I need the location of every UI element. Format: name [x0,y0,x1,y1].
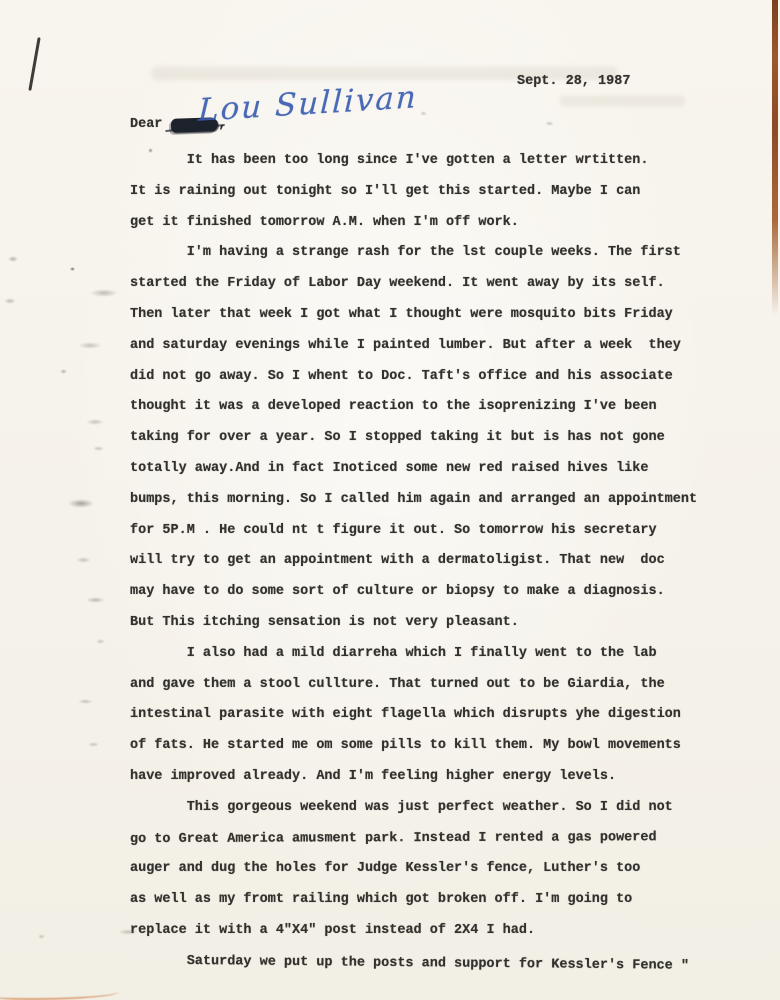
letter-line: get it finished tomorrow A.M. when I'm o… [130,208,740,239]
letter-line: It is raining out tonight so I'll get th… [130,177,740,208]
smudge-mark [78,699,93,704]
letter-page: Sept. 28, 1987 Dear , Lou Sullivan It ha… [0,0,780,1000]
letter-line: go to Great America amusment park. Inste… [130,822,740,855]
smudge-mark [4,298,16,304]
letter-line: replace it with a 4"X4" post instead of … [130,916,740,947]
letter-body: It has been too long since I've gotten a… [130,146,740,978]
letter-line: taking for over a year. So I stopped tak… [130,423,740,454]
smudge-mark [86,419,104,425]
smudge-mark [420,111,427,116]
letter-line: for 5P.M . He could nt t figure it out. … [130,516,740,547]
letter-line: I'm having a strange rash for the lst co… [130,238,740,269]
letter-line: It has been too long since I've gotten a… [130,146,740,177]
smudge-mark [86,597,105,603]
letter-line: intestinal parasite with eight flagella … [130,700,740,731]
scan-corner-arc [0,988,119,1000]
letter-line: bumps, this morning. So I called him aga… [130,485,740,516]
handwritten-name: Lou Sullivan [197,79,418,129]
smudge-mark [60,369,67,374]
letter-line: did not go away. So I whent to Doc. Taft… [130,362,740,393]
smudge-mark [78,342,102,349]
smudge-mark [93,446,104,451]
letter-line: have improved already. And I'm feeling h… [130,762,740,793]
scan-edge-strip [772,0,778,315]
letter-line: But This itching sensation is not very p… [130,608,740,639]
letter-line: I also had a mild diarreha which I final… [130,639,740,670]
letter-line: totally away.And in fact Inoticed some n… [130,454,740,485]
handwritten-page-mark [28,37,40,91]
letter-line: may have to do some sort of culture or b… [130,577,740,608]
letter-line: and saturday evenings while I painted lu… [130,331,740,362]
letter-line: Saturday we put up the posts and support… [130,946,740,983]
letter-line: as well as my fromt railing which got br… [130,885,740,916]
letter-line: and gave them a stool cullture. That tur… [130,670,740,701]
smudge-mark [545,121,554,126]
smudge-mark [8,256,18,262]
letter-line: started the Friday of Labor Day weekend.… [130,269,740,300]
letter-line: auger and dug the holes for Judge Kessle… [130,854,740,885]
dear-label: Dear [130,117,162,132]
letter-line: This gorgeous weekend was just perfect w… [130,793,740,824]
bleed-through-artifact [560,96,685,106]
smudge-mark [70,267,75,271]
letter-line: thought it was a developed reaction to t… [130,392,740,423]
date-line: Sept. 28, 1987 [517,74,630,89]
letter-line: will try to get an appointment with a de… [130,546,740,577]
smudge-mark [76,557,91,563]
smudge-mark [96,639,105,644]
smudge-mark [90,289,118,297]
letter-line: Then later that week I got what I though… [130,300,740,331]
letter-line: of fats. He started me om some pills to … [130,731,740,762]
smudge-mark [38,934,45,939]
smudge-mark [88,742,99,747]
smudge-mark [68,499,94,508]
